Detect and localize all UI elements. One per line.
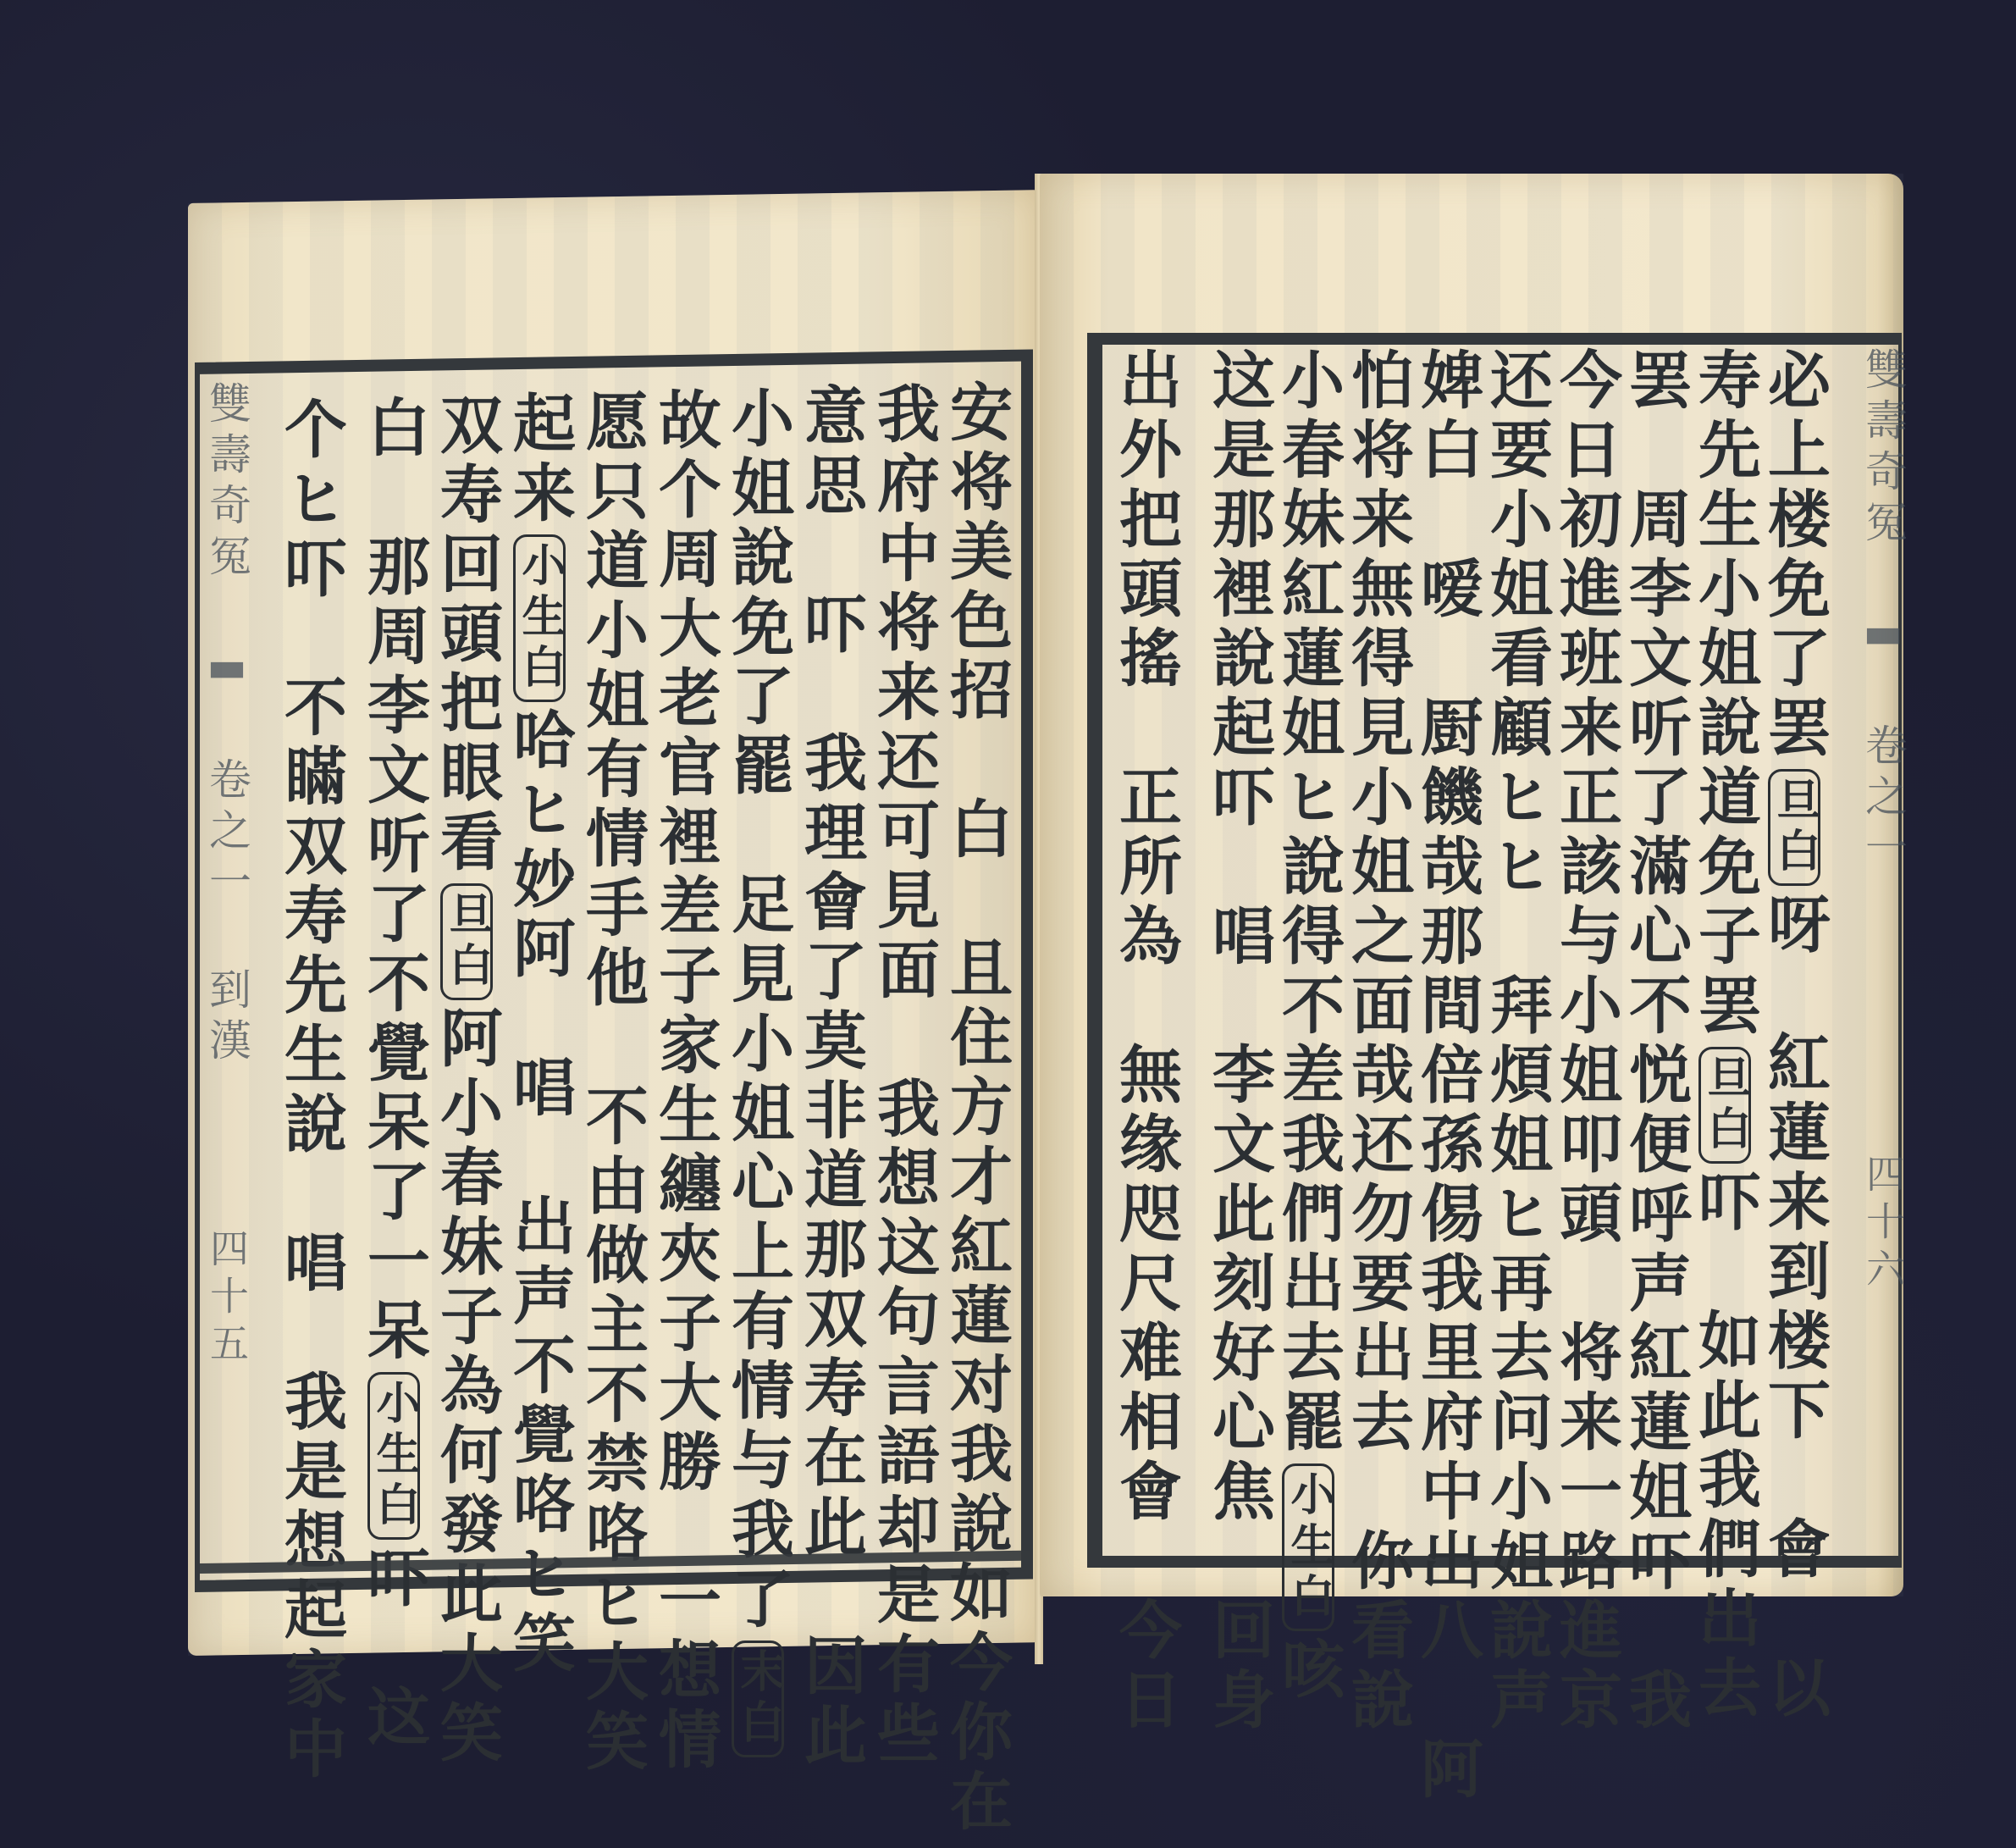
column-text: 小春妹紅蓮姐ヒ說得不差我們出去罷 bbox=[1272, 347, 1345, 1458]
role-annotation: 旦白 bbox=[440, 883, 493, 1000]
column-text: 这是那裡說起吓 唱 李文此刻好心焦 回身 bbox=[1202, 347, 1275, 1736]
column-text: 吓 这 bbox=[357, 1545, 430, 1753]
column-text: 出外把頭搖 正所為 無缘咫尺难相會 今日 bbox=[1109, 347, 1182, 1736]
column-text: 婢白 嗳 㕑饑哉那間倍孫㑥我里府中出八 阿 bbox=[1411, 347, 1483, 1806]
text-column: 起来小生白哈ヒ妙阿 唱 出声不覺咯ヒ笑 bbox=[508, 390, 571, 1679]
fold-page-number: 四十六 bbox=[1855, 1154, 1911, 1296]
role-annotation: 小生白 bbox=[1282, 1463, 1334, 1631]
text-column: 小春妹紅蓮姐ヒ說得不差我們出去罷小生白咳 bbox=[1277, 347, 1339, 1706]
fold-volume: 卷之一 bbox=[202, 757, 251, 910]
text-column: 寿先生小姐說道免子罢旦白吓 如此我們出去 bbox=[1693, 347, 1756, 1724]
text-column: 必上楼免了罢旦白呀 紅蓮来到楼下 會 以 bbox=[1763, 347, 1825, 1724]
text-column: 个ヒ吓 不瞞双寿先生說 唱 我是想起家中 bbox=[279, 396, 342, 1785]
column-text: 咳 bbox=[1272, 1636, 1345, 1706]
text-column: 罢 周李文听了滿心不悦便呼声紅蓮姐吓 我 bbox=[1624, 347, 1687, 1736]
text-column: 愿只道小姐有情手他 不由做主不禁咯ヒ大笑 bbox=[581, 389, 643, 1778]
text-column: 故个周大老官裡差子家生纏夾子大勝 一想情 bbox=[654, 387, 716, 1776]
column-text: 白 那周李文听了不覺呆了一呆 bbox=[357, 395, 430, 1367]
column-text: 双寿回頭把眼看 bbox=[430, 392, 503, 878]
text-column: 安将美色招 白 且住方才紅蓮对我說如今你在 bbox=[945, 379, 1008, 1838]
fish-tail-mark: ▬ bbox=[1859, 608, 1908, 666]
fold-page-number: 四十五 bbox=[199, 1228, 255, 1370]
text-column: 这是那裡說起吓 唱 李文此刻好心焦 回身 bbox=[1207, 347, 1270, 1736]
fold-chapter: 到漢 bbox=[202, 967, 251, 1069]
column-text: 阿小春妹子為何發此大笑 bbox=[430, 1005, 503, 1769]
fold-title: 雙壽奇冤 bbox=[1859, 347, 1908, 551]
column-text: 起来 bbox=[503, 390, 576, 529]
column-text: 吓 如此我們出去 bbox=[1688, 1169, 1761, 1724]
column-text: 故个周大老官裡差子家生纏夾子大勝 一想情 bbox=[649, 387, 721, 1776]
role-annotation: 小生白 bbox=[513, 534, 566, 702]
text-column: 还要小姐看顧ヒヒ 拜煩姐ヒ再去问小姐說声 bbox=[1485, 347, 1548, 1736]
text-column: 怕将来無得見小姐之面哉还勿要出去 你看說 bbox=[1346, 347, 1409, 1736]
left-fold-margin: 雙壽奇冤 ▬ 卷之一 到漢 四十五 bbox=[196, 381, 257, 1370]
role-annotation: 小生白 bbox=[367, 1372, 420, 1540]
role-annotation: 末白 bbox=[732, 1641, 784, 1757]
column-text: 必上楼免了罢 bbox=[1758, 347, 1831, 764]
column-text: 安将美色招 白 且住方才紅蓮对我說如今你在 bbox=[940, 379, 1013, 1838]
column-text: 寿先生小姐說道免子罢 bbox=[1688, 347, 1761, 1042]
column-text: 怕将来無得見小姐之面哉还勿要出去 你看說 bbox=[1341, 347, 1414, 1736]
column-text: 个ヒ吓 不瞞双寿先生說 唱 我是想起家中 bbox=[274, 396, 347, 1785]
column-text: 愿只道小姐有情手他 不由做主不禁咯ヒ大笑 bbox=[576, 389, 649, 1778]
text-column: 出外把頭搖 正所為 無缘咫尺难相會 今日 bbox=[1114, 347, 1177, 1736]
column-text: 还要小姐看顧ヒヒ 拜煩姐ヒ再去问小姐說声 bbox=[1480, 347, 1553, 1736]
right-fold-margin: 雙壽奇冤 ▬ 卷之一 四十六 bbox=[1853, 347, 1914, 1296]
column-text: 罢 周李文听了滿心不悦便呼声紅蓮姐吓 我 bbox=[1619, 347, 1692, 1736]
fish-tail-mark: ▬ bbox=[202, 642, 251, 700]
fold-volume: 卷之一 bbox=[1859, 723, 1908, 876]
role-annotation: 旦白 bbox=[1768, 769, 1820, 886]
fold-title: 雙壽奇冤 bbox=[202, 381, 251, 584]
text-column: 白 那周李文听了不覺呆了一呆小生白吓 这 bbox=[362, 395, 425, 1753]
role-annotation: 旦白 bbox=[1698, 1047, 1751, 1164]
column-text: 呀 紅蓮来到楼下 會 以 bbox=[1758, 891, 1831, 1724]
text-column: 婢白 嗳 㕑饑哉那間倍孫㑥我里府中出八 阿 bbox=[1416, 347, 1478, 1806]
column-text: 今日初進班来正該与小姐叩頭 将来一路進京 bbox=[1549, 347, 1622, 1736]
column-text: 小姐說免了罷 足見小姐心上有情与我了 bbox=[721, 385, 794, 1635]
column-text: 哈ヒ妙阿 唱 出声不覺咯ヒ笑 bbox=[503, 707, 576, 1679]
text-column: 今日初進班来正該与小姐叩頭 将来一路進京 bbox=[1555, 347, 1617, 1736]
